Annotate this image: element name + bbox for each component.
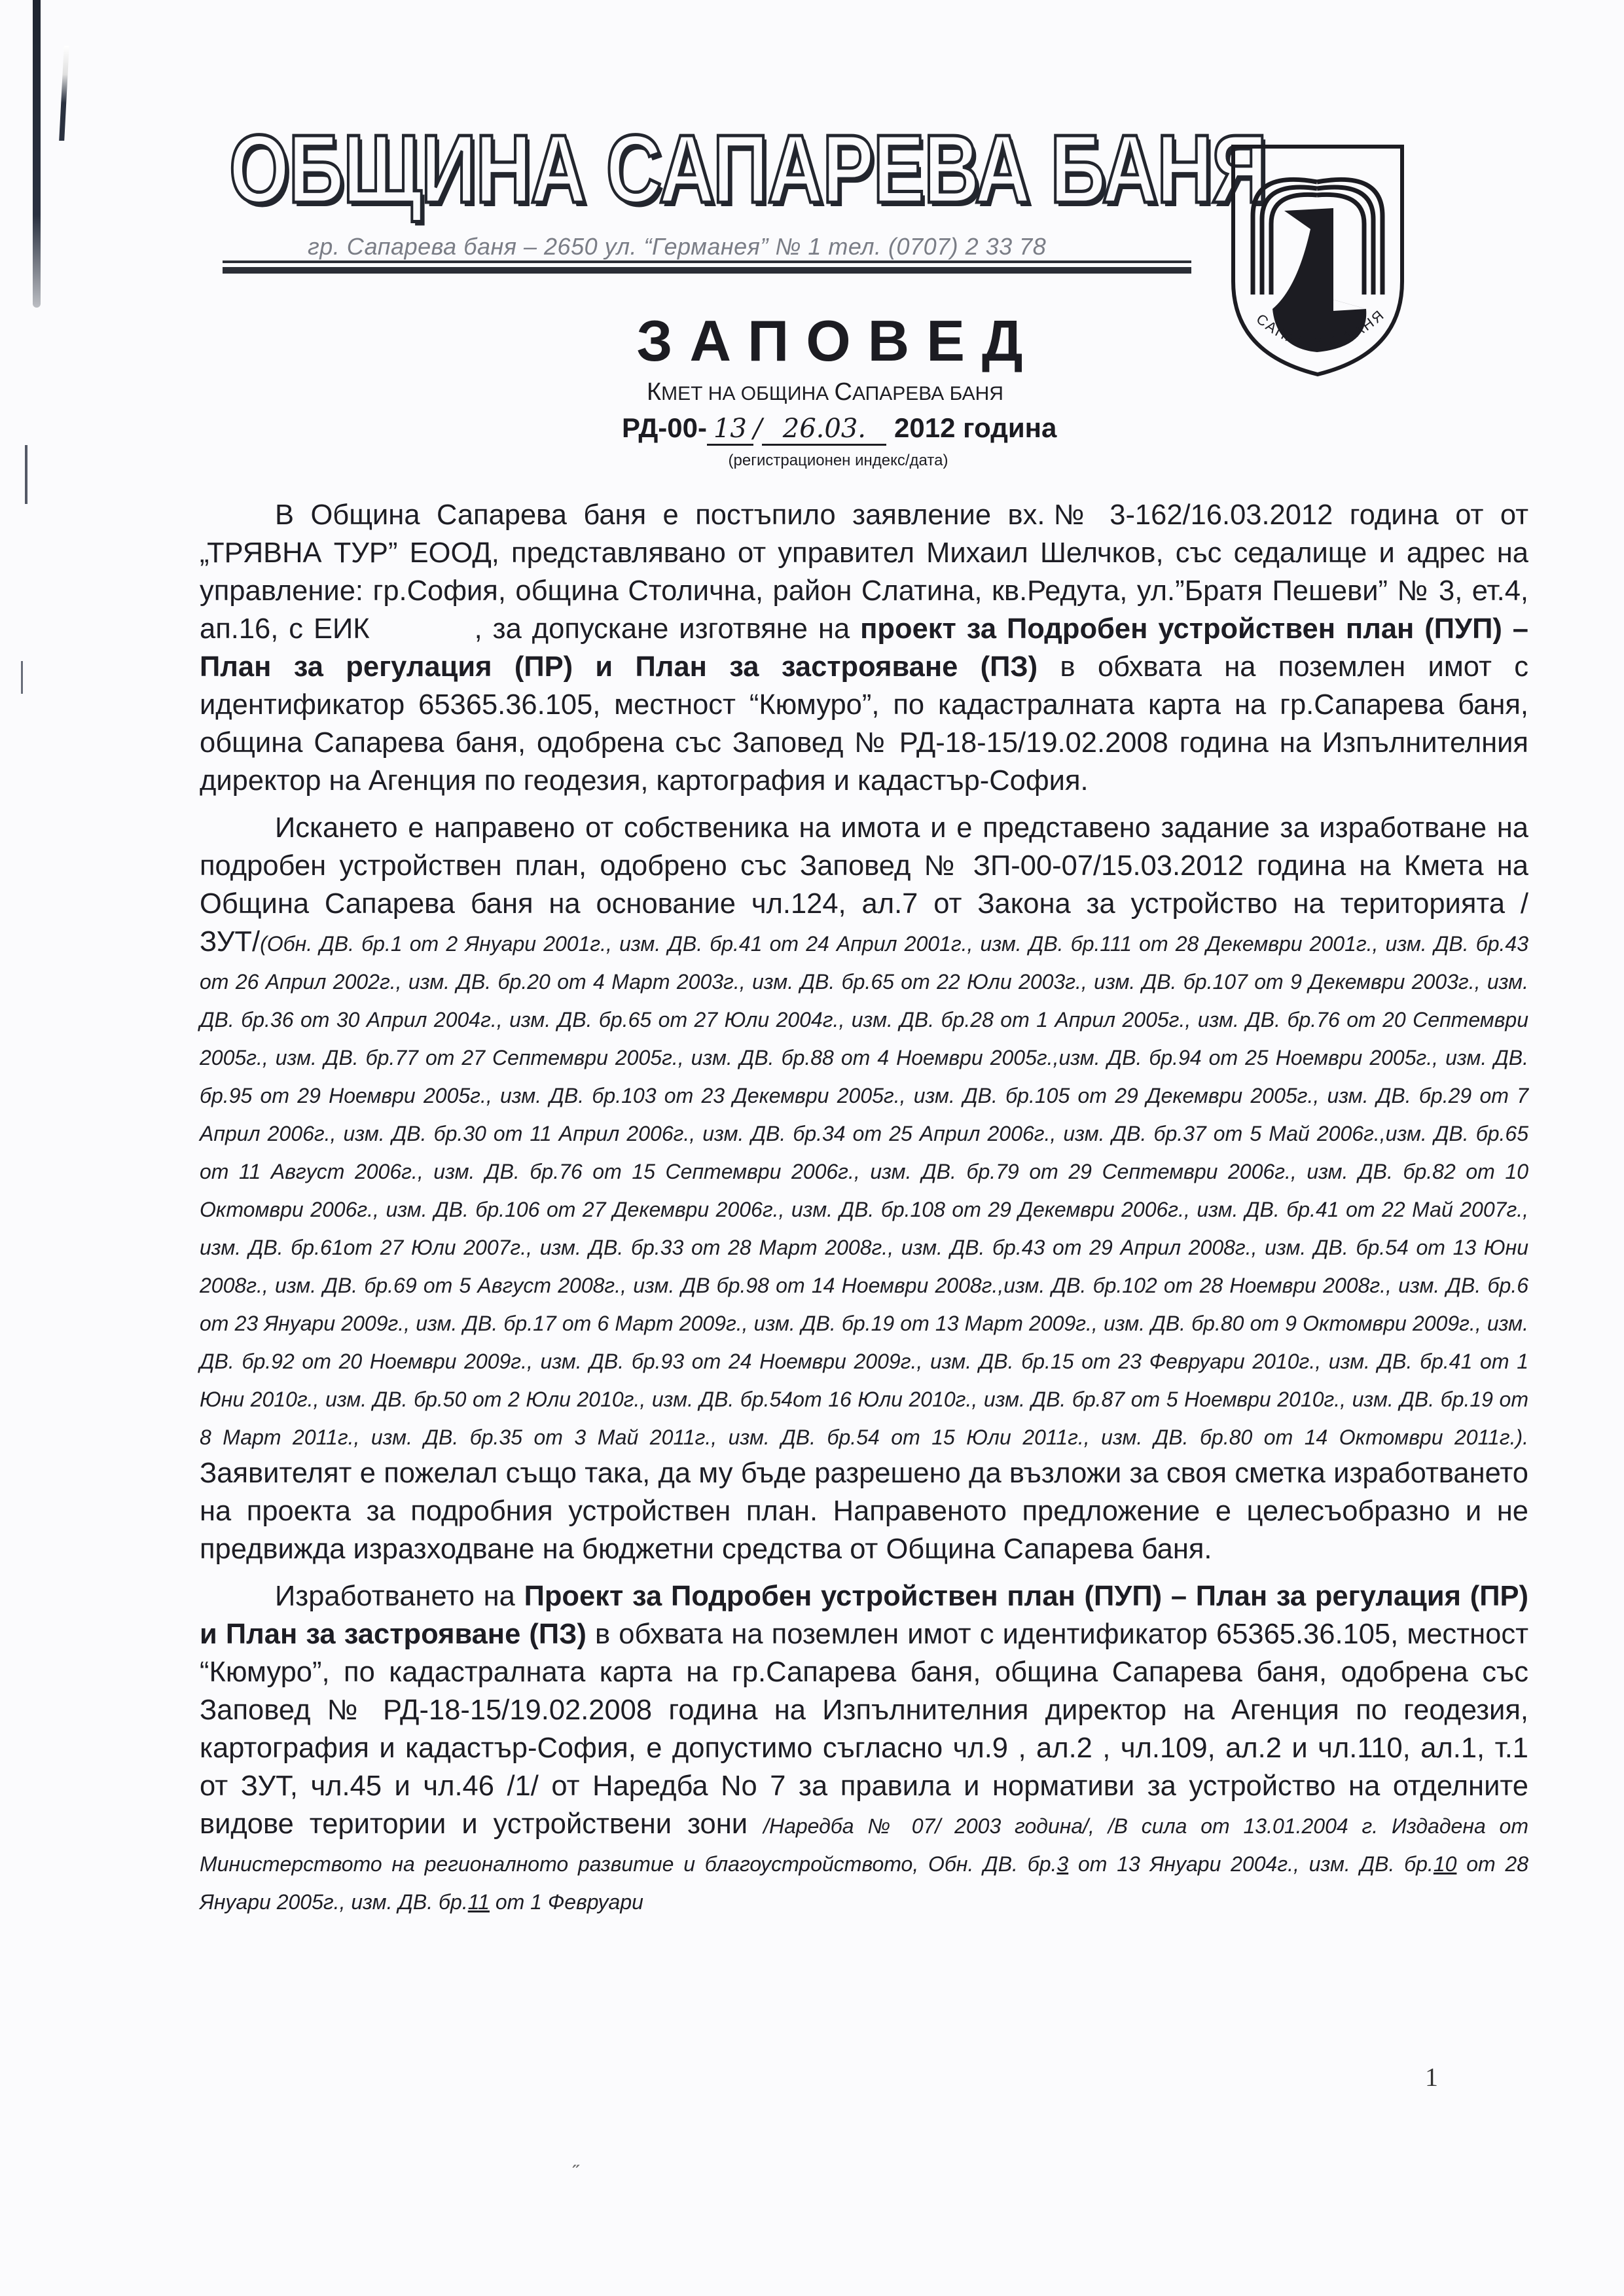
scan-artifact: [59, 46, 69, 141]
paragraph-application: В Община Сапарева баня е постъпило заявл…: [200, 496, 1528, 800]
municipality-address: гр. Сапарева баня – 2650 ул. “Германея” …: [308, 233, 1046, 260]
scan-edge-shadow: [21, 661, 23, 694]
order-body: В Община Сапарева баня е постъпило заявл…: [200, 496, 1528, 1919]
document-title: ЗАПОВЕД: [0, 308, 1624, 374]
issuer-line: КМЕТ НА ОБЩИНА САПАРЕВА БАНЯ: [0, 378, 1624, 406]
scan-edge-shadow: [33, 0, 41, 308]
scan-artifact: ˶: [573, 2153, 579, 2176]
legal-citation: (Обн. ДВ. бр.1 от 2 Януари 2001г., изм. …: [200, 932, 1528, 1449]
paragraph-permissibility: Изработването на Проект за Подробен устр…: [200, 1577, 1528, 1919]
page-number: 1: [1425, 2062, 1438, 2092]
paragraph-request: Искането е направено от собственика на и…: [200, 809, 1528, 1568]
header-divider: [223, 260, 1191, 263]
reg-year: 2012 година: [894, 412, 1056, 443]
registration-index: РД-00-13/26.03. 2012 година: [622, 412, 1056, 446]
header-divider: [223, 267, 1191, 274]
municipality-name: ОБЩИНА САПАРЕВА БАНЯ: [229, 121, 973, 218]
registration-note: (регистрационен индекс/дата): [0, 452, 1624, 470]
handwritten-reg-date: 26.03.: [762, 414, 886, 446]
handwritten-reg-number: 13: [707, 414, 753, 446]
